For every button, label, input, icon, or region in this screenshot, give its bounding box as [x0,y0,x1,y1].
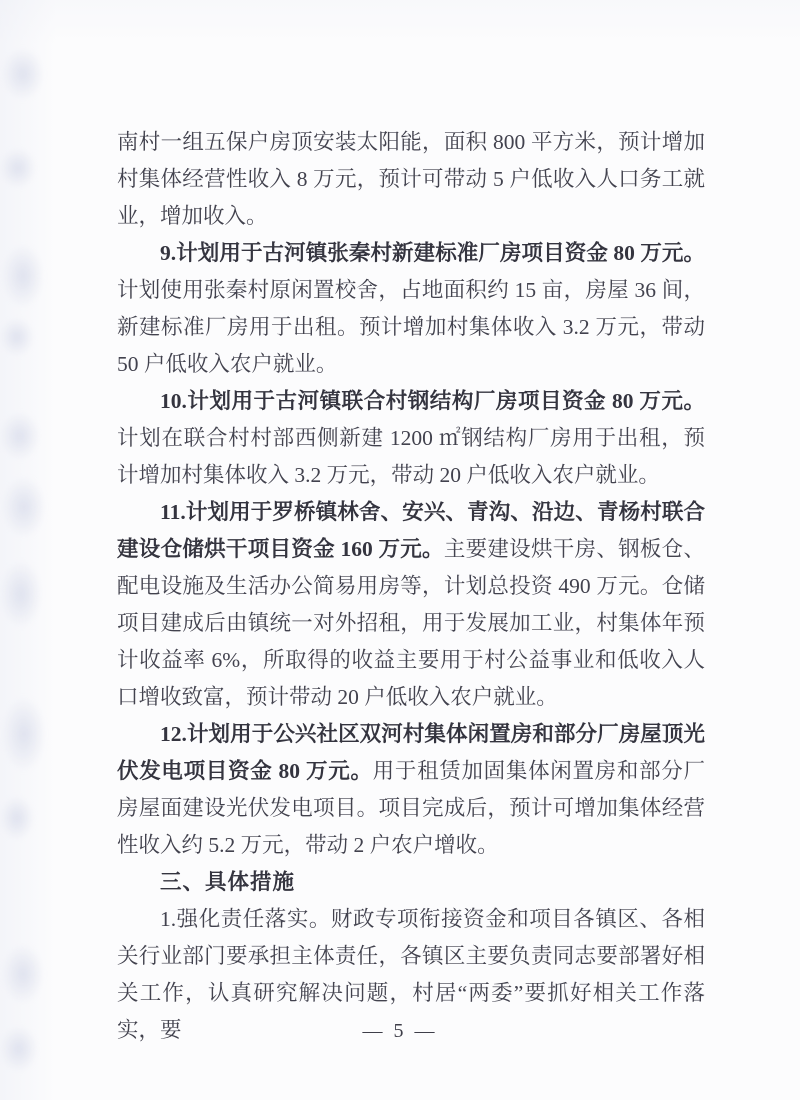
scan-artifact [2,48,44,100]
paragraph-item-11: 11.计划用于罗桥镇林舍、安兴、青沟、沿边、青杨村联合建设仓储烘干项目资金 16… [117,494,705,716]
paragraph-item-9: 9.计划用于古河镇张秦村新建标准厂房项目资金 80 万元。计划使用张秦村原闲置校… [117,235,705,383]
scan-artifact [0,148,36,188]
scan-artifact [2,476,46,538]
paragraph-continuation: 南村一组五保户房顶安装太阳能，面积 800 平方米，预计增加村集体经营性收入 8… [117,124,705,235]
paragraph-item-10: 10.计划用于古河镇联合村钢结构厂房项目资金 80 万元。计划在联合村村部西侧新… [117,383,705,494]
scan-artifact [2,696,46,772]
item-9-text: 计划使用张秦村原闲置校舍，占地面积约 15 亩，房屋 36 间，新建标准厂房用于… [117,278,705,376]
item-10-title: 10.计划用于古河镇联合村钢结构厂房项目资金 80 万元。 [160,389,705,413]
scan-artifact [0,412,40,460]
item-11-text: 主要建设烘干房、钢板仓、配电设施及生活办公简易用房等，计划总投资 490 万元。… [117,537,705,709]
scan-artifact [2,944,44,1004]
document-body: 南村一组五保户房顶安装太阳能，面积 800 平方米，预计增加村集体经营性收入 8… [117,124,705,1049]
scan-artifact [0,560,42,628]
paragraph-item-12: 12.计划用于公兴社区双河村集体闲置房和部分厂房屋顶光伏发电项目资金 80 万元… [117,716,705,864]
scanned-document-page: 南村一组五保户房顶安装太阳能，面积 800 平方米，预计增加村集体经营性收入 8… [0,0,800,1100]
page-number: — 5 — [0,1020,800,1043]
section-heading: 三、具体措施 [117,864,705,901]
item-10-text: 计划在联合村村部西侧新建 1200 ㎡钢结构厂房用于出租，预计增加村集体收入 3… [117,426,705,487]
scan-artifact [0,318,34,356]
scan-artifact [0,796,34,840]
scan-artifact [2,244,44,308]
item-9-title: 9.计划用于古河镇张秦村新建标准厂房项目资金 80 万元。 [160,241,705,265]
